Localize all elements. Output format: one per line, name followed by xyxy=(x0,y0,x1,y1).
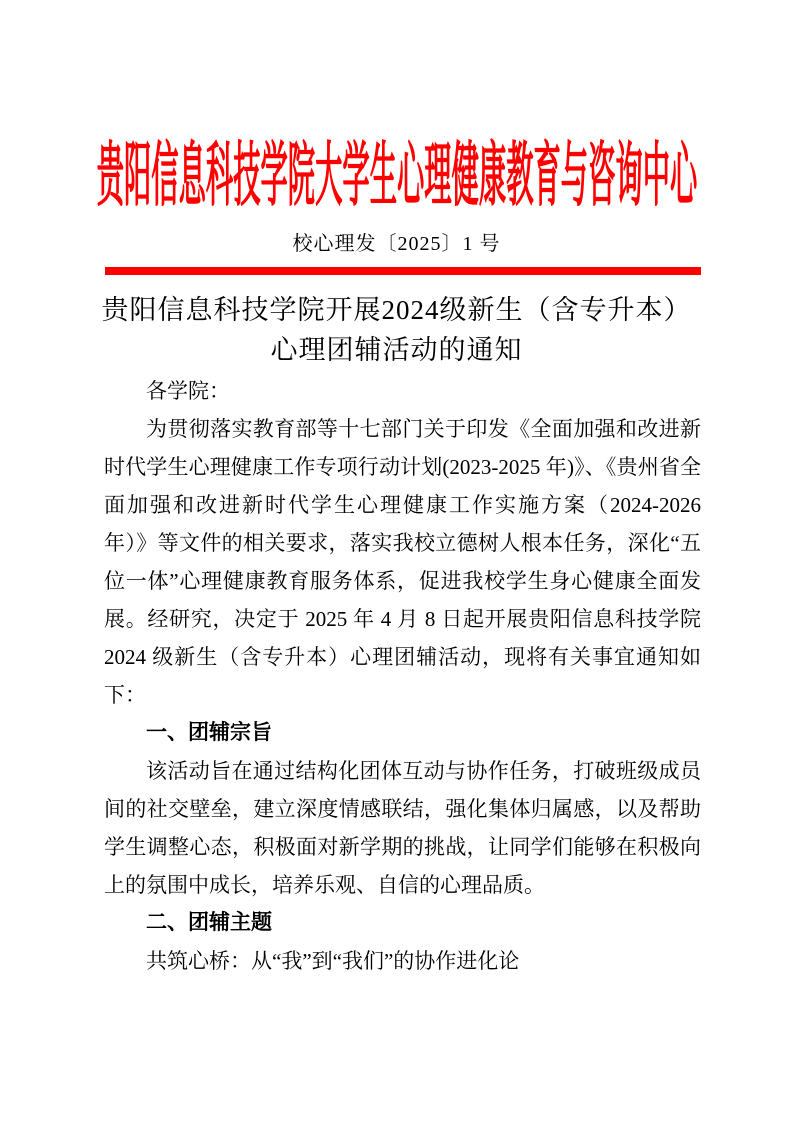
document-page: 贵阳信息科技学院大学生心理健康教育与咨询中心 校心理发〔2025〕1 号 贵阳信… xyxy=(0,0,793,1122)
section-2-heading: 二、团辅主题 xyxy=(104,904,701,942)
red-separator-line xyxy=(105,267,701,275)
doc-number: 校心理发〔2025〕1 号 xyxy=(0,231,793,257)
section-1-heading: 一、团辅宗旨 xyxy=(104,714,701,752)
document-title: 贵阳信息科技学院开展2024级新生（含专升本） 心理团辅活动的通知 xyxy=(0,290,793,370)
intro-paragraph: 为贯彻落实教育部等十七部门关于印发《全面加强和改进新时代学生心理健康工作专项行动… xyxy=(104,410,701,714)
section-1-body: 该活动旨在通过结构化团体互动与协作任务，打破班级成员间的社交壁垒，建立深度情感联… xyxy=(104,752,701,904)
document-title-line1: 贵阳信息科技学院开展2024级新生（含专升本） xyxy=(0,290,793,330)
document-title-line2: 心理团辅活动的通知 xyxy=(0,330,793,370)
letterhead: 贵阳信息科技学院大学生心理健康教育与咨询中心 xyxy=(0,138,793,216)
letterhead-org-title: 贵阳信息科技学院大学生心理健康教育与咨询中心 xyxy=(96,138,697,216)
section-2-body: 共筑心桥：从“我”到“我们”的协作进化论 xyxy=(104,942,701,980)
document-body: 各学院： 为贯彻落实教育部等十七部门关于印发《全面加强和改进新时代学生心理健康工… xyxy=(104,372,701,980)
salutation: 各学院： xyxy=(104,372,701,410)
